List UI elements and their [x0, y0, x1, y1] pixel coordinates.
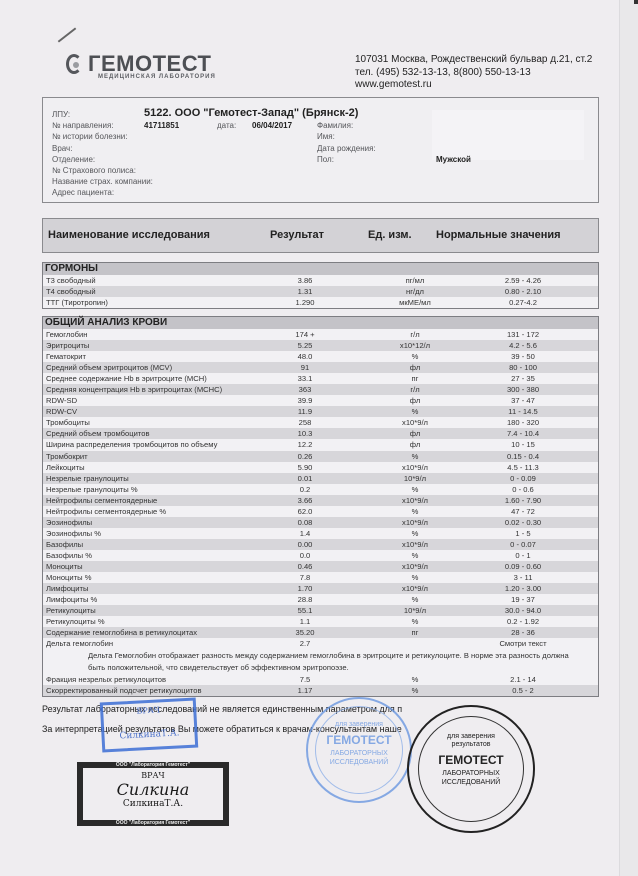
delta-hemoglobin-note: Дельта Гемоглобин отображает разность ме… [43, 649, 598, 674]
lab-seal-blue: для заверения ГЕМОТЕСТ ЛАБОРАТОРНЫХ ИССЛ… [306, 697, 412, 803]
test-unit: 10*9/л [385, 605, 445, 616]
result-row: Средний объем эритроцитов (MCV)91фл80 - … [43, 362, 598, 373]
test-norm: 0 - 0.07 [468, 539, 578, 550]
test-norm: 0 - 1 [468, 550, 578, 561]
test-unit: % [385, 594, 445, 605]
test-result: 0.2 [275, 484, 335, 495]
test-name: ТТГ (Тиротропин) [46, 297, 108, 308]
result-row: Т4 свободный1.31нг/дл0.80 - 2.10 [43, 286, 598, 297]
test-result: 28.8 [275, 594, 335, 605]
test-name: Незрелые гранулоциты [46, 473, 129, 484]
test-result: 39.9 [275, 395, 335, 406]
test-name: Моноциты % [46, 572, 91, 583]
test-norm: 3 - 11 [468, 572, 578, 583]
test-norm: 1.20 - 3.00 [468, 583, 578, 594]
test-result: 363 [275, 384, 335, 395]
test-norm: 131 - 172 [468, 329, 578, 340]
test-unit: мкМЕ/мл [385, 297, 445, 308]
result-row: Гемоглобин174 +г/л131 - 172 [43, 329, 598, 340]
test-result: 10.3 [275, 428, 335, 439]
test-norm: 0 - 0.6 [468, 484, 578, 495]
doctor-signature: Силкина [83, 780, 223, 799]
stamp-bottom-text: ООО "Лаборатория Гемотест" [83, 820, 223, 826]
test-unit: % [385, 506, 445, 517]
test-result: 1.70 [275, 583, 335, 594]
referral-value: 41711851 [144, 121, 179, 130]
test-norm: 11 - 14.5 [468, 406, 578, 417]
test-name: Гематокрит [46, 351, 86, 362]
section-title: ОБЩИЙ АНАЛИЗ КРОВИ [43, 317, 598, 329]
result-row: Лейкоциты5.90x10*9/л4.5 - 11.3 [43, 462, 598, 473]
result-row: Лимфоциты %28.8%19 - 37 [43, 594, 598, 605]
test-norm: 27 - 35 [468, 373, 578, 384]
test-unit: % [385, 616, 445, 627]
stamp-top-text: ООО "Лаборатория Гемотест" [83, 762, 223, 768]
test-name: Эозинофилы % [46, 528, 101, 539]
test-unit: нг/дл [385, 286, 445, 297]
test-norm: 300 - 380 [468, 384, 578, 395]
test-name: Фракция незрелых ретикулоцитов [46, 674, 166, 685]
test-name: Т4 свободный [46, 286, 96, 297]
test-unit: фл [385, 362, 445, 373]
test-name: Тромбоциты [46, 417, 90, 428]
test-result: 33.1 [275, 373, 335, 384]
result-row: Ширина распределения тромбоцитов по объе… [43, 439, 598, 450]
test-name: Эритроциты [46, 340, 89, 351]
test-norm: 2.59 - 4.26 [468, 275, 578, 286]
stamp-title: ВРАЧ [103, 704, 193, 718]
test-name: Лейкоциты [46, 462, 85, 473]
test-norm: 4.5 - 11.3 [468, 462, 578, 473]
test-norm: 0.2 - 1.92 [468, 616, 578, 627]
test-result: 0.0 [275, 550, 335, 561]
test-norm: 180 - 320 [468, 417, 578, 428]
stamp-name: СилкинаТ.А. [104, 728, 194, 743]
test-unit: % [385, 685, 445, 696]
test-name: Эозинофилы [46, 517, 92, 528]
test-name: Базофилы [46, 539, 83, 550]
seal-inner-ring [418, 716, 524, 822]
test-result: 11.9 [275, 406, 335, 417]
column-unit: Ед. изм. [368, 229, 412, 241]
test-unit: % [385, 484, 445, 495]
result-row: Незрелые гранулоциты %0.2%0 - 0.6 [43, 484, 598, 495]
test-unit: пг/мл [385, 275, 445, 286]
test-unit: г/л [385, 329, 445, 340]
test-unit: % [385, 406, 445, 417]
test-unit: 10*9/л [385, 473, 445, 484]
test-unit: г/л [385, 384, 445, 395]
test-norm: 4.2 - 5.6 [468, 340, 578, 351]
test-name: Нейтрофилы сегментоядерные [46, 495, 157, 506]
history-label: № истории болезни: [52, 132, 127, 141]
test-result: 3.86 [275, 275, 335, 286]
test-unit: % [385, 351, 445, 362]
test-name: Моноциты [46, 561, 83, 572]
result-row: Базофилы %0.0%0 - 1 [43, 550, 598, 561]
logo-dot-icon [73, 62, 79, 68]
test-unit: фл [385, 395, 445, 406]
section-blood-count: ОБЩИЙ АНАЛИЗ КРОВИ Гемоглобин174 +г/л131… [42, 316, 599, 697]
test-name: Ретикулоциты [46, 605, 96, 616]
test-norm: 1.60 - 7.90 [468, 495, 578, 506]
test-norm: 47 - 72 [468, 506, 578, 517]
test-name: Незрелые гранулоциты % [46, 484, 138, 495]
test-name: Лимфоциты % [46, 594, 97, 605]
company-logo: ГЕМОТЕСТ МЕДИЦИНСКАЯ ЛАБОРАТОРИЯ [66, 52, 236, 82]
address-label: Адрес пациента: [52, 188, 114, 197]
test-result: 174 + [275, 329, 335, 340]
page-edge [619, 0, 638, 876]
referral-label: № направления: [52, 121, 114, 130]
test-unit: x10*9/л [385, 462, 445, 473]
test-name: Средний объем эритроцитов (MCV) [46, 362, 172, 373]
birthdate-label: Дата рождения: [317, 144, 376, 153]
test-name: Средняя концентрация Hb в эритроцитах (M… [46, 384, 222, 395]
test-name: Ширина распределения тромбоцитов по объе… [46, 439, 217, 450]
test-norm: 2.1 - 14 [468, 674, 578, 685]
test-name: Гемоглобин [46, 329, 87, 340]
test-result: 5.25 [275, 340, 335, 351]
test-norm: 30.0 - 94.0 [468, 605, 578, 616]
lpu-value: 5122. ООО "Гемотест-Запад" (Брянск-2) [144, 107, 358, 119]
test-name: Скорректированный подсчет ретикулоцитов [46, 685, 202, 696]
test-unit: % [385, 451, 445, 462]
phone-line: тел. (495) 532-13-13, 8(800) 550-13-13 [355, 67, 592, 80]
test-result: 62.0 [275, 506, 335, 517]
pen-mark [58, 27, 77, 42]
test-unit: фл [385, 439, 445, 450]
test-result: 1.290 [275, 297, 335, 308]
test-unit: x10*12/л [385, 340, 445, 351]
page-corner [634, 0, 638, 4]
result-row: Нейтрофилы сегментоядерные %62.0%47 - 72 [43, 506, 598, 517]
redacted-patient-data [432, 110, 584, 160]
test-result: 12.2 [275, 439, 335, 450]
test-name: Нейтрофилы сегментоядерные % [46, 506, 166, 517]
test-name: Т3 свободный [46, 275, 96, 286]
result-row: RDW-CV11.9%11 - 14.5 [43, 406, 598, 417]
test-norm: 37 - 47 [468, 395, 578, 406]
test-name: Средний объем тромбоцитов [46, 428, 149, 439]
test-name: Базофилы % [46, 550, 92, 561]
test-name: Среднее содержание Hb в эритроците (MCH) [46, 373, 207, 384]
test-norm: 39 - 50 [468, 351, 578, 362]
logo-subtitle: МЕДИЦИНСКАЯ ЛАБОРАТОРИЯ [98, 74, 216, 80]
test-result: 91 [275, 362, 335, 373]
test-unit: % [385, 674, 445, 685]
date-value: 06/04/2017 [252, 121, 292, 130]
result-row: Тромбокрит0.26%0.15 - 0.4 [43, 451, 598, 462]
test-name: Тромбокрит [46, 451, 88, 462]
test-unit: % [385, 528, 445, 539]
website-line: www.gemotest.ru [355, 79, 592, 92]
column-name: Наименование исследования [48, 229, 210, 241]
name-label: Имя: [317, 132, 335, 141]
result-row: Фракция незрелых ретикулоцитов7.5%2.1 - … [43, 674, 598, 685]
test-result: 3.66 [275, 495, 335, 506]
test-norm: Смотри текст [468, 638, 578, 649]
result-row: Гематокрит48.0%39 - 50 [43, 351, 598, 362]
column-norm: Нормальные значения [436, 229, 561, 241]
column-result: Результат [270, 229, 324, 241]
test-norm: 0.09 - 0.60 [468, 561, 578, 572]
test-unit: пг [385, 373, 445, 384]
test-result: 1.1 [275, 616, 335, 627]
test-unit: % [385, 550, 445, 561]
result-row: ТТГ (Тиротропин)1.290мкМЕ/мл0.27-4.2 [43, 297, 598, 308]
result-row: Содержание гемоглобина в ретикулоцитах35… [43, 627, 598, 638]
test-result: 0.00 [275, 539, 335, 550]
date-label: дата: [217, 121, 236, 130]
test-norm: 1 - 5 [468, 528, 578, 539]
test-result: 1.4 [275, 528, 335, 539]
test-result: 1.17 [275, 685, 335, 696]
test-name: Ретикулоциты % [46, 616, 105, 627]
lab-seal-black: для заверения результатов ГЕМОТЕСТ ЛАБОР… [407, 705, 535, 833]
test-norm: 0.02 - 0.30 [468, 517, 578, 528]
result-row: Нейтрофилы сегментоядерные3.66x10*9/л1.6… [43, 495, 598, 506]
result-row: Средний объем тромбоцитов10.3фл7.4 - 10.… [43, 428, 598, 439]
test-unit: x10*9/л [385, 417, 445, 428]
test-norm: 0.15 - 0.4 [468, 451, 578, 462]
test-result: 2.7 [275, 638, 335, 649]
insurance-label: № Страхового полиса: [52, 166, 136, 175]
result-row: Среднее содержание Hb в эритроците (MCH)… [43, 373, 598, 384]
stamp-title: ВРАЧ [83, 771, 223, 780]
test-name: Содержание гемоглобина в ретикулоцитах [46, 627, 197, 638]
result-row: Средняя концентрация Hb в эритроцитах (M… [43, 384, 598, 395]
result-row: Ретикулоциты55.110*9/л30.0 - 94.0 [43, 605, 598, 616]
result-row: RDW-SD39.9фл37 - 47 [43, 395, 598, 406]
result-row: Эозинофилы0.08x10*9/л0.02 - 0.30 [43, 517, 598, 528]
address-line: 107031 Москва, Рождественский бульвар д.… [355, 54, 592, 67]
test-unit: x10*9/л [385, 539, 445, 550]
result-row: Незрелые гранулоциты0.0110*9/л0 - 0.09 [43, 473, 598, 484]
test-unit: фл [385, 428, 445, 439]
test-unit: x10*9/л [385, 561, 445, 572]
insurer-label: Название страх. компании: [52, 177, 153, 186]
test-unit: пг [385, 627, 445, 638]
result-row: Моноциты0.46x10*9/л0.09 - 0.60 [43, 561, 598, 572]
test-norm: 80 - 100 [468, 362, 578, 373]
test-name: Дельта гемоглобин [46, 638, 113, 649]
test-result: 0.46 [275, 561, 335, 572]
test-norm: 28 - 36 [468, 627, 578, 638]
sex-value: Мужской [436, 155, 471, 164]
test-result: 35.20 [275, 627, 335, 638]
test-unit: % [385, 572, 445, 583]
test-unit: x10*9/л [385, 495, 445, 506]
test-result: 258 [275, 417, 335, 428]
section-hormones: ГОРМОНЫ Т3 свободный3.86пг/мл2.59 - 4.26… [42, 262, 599, 309]
doctor-label: Врач: [52, 144, 72, 153]
department-label: Отделение: [52, 155, 95, 164]
test-name: RDW-CV [46, 406, 77, 417]
result-row: Базофилы0.00x10*9/л0 - 0.07 [43, 539, 598, 550]
test-norm: 0.27-4.2 [468, 297, 578, 308]
test-norm: 10 - 15 [468, 439, 578, 450]
lpu-label: ЛПУ: [52, 110, 70, 119]
result-row: Ретикулоциты %1.1%0.2 - 1.92 [43, 616, 598, 627]
test-norm: 19 - 37 [468, 594, 578, 605]
doctor-stamp-black: ООО "Лаборатория Гемотест" ВРАЧ Силкина … [77, 762, 229, 826]
company-address: 107031 Москва, Рождественский бульвар д.… [355, 54, 592, 92]
doctor-stamp-blue: ВРАЧ СилкинаТ.А. [100, 698, 198, 753]
test-result: 55.1 [275, 605, 335, 616]
test-unit: x10*9/л [385, 583, 445, 594]
test-unit: x10*9/л [385, 517, 445, 528]
test-result: 0.08 [275, 517, 335, 528]
test-norm: 7.4 - 10.4 [468, 428, 578, 439]
section-title: ГОРМОНЫ [43, 263, 598, 275]
result-row: Моноциты %7.8%3 - 11 [43, 572, 598, 583]
sex-label: Пол: [317, 155, 334, 164]
test-result: 0.26 [275, 451, 335, 462]
result-row: Эритроциты5.25x10*12/л4.2 - 5.6 [43, 340, 598, 351]
result-row: Т3 свободный3.86пг/мл2.59 - 4.26 [43, 275, 598, 286]
surname-label: Фамилия: [317, 121, 353, 130]
test-name: RDW-SD [46, 395, 77, 406]
test-name: Лимфоциты [46, 583, 88, 594]
seal-inner-ring [315, 706, 403, 794]
results-column-header: Наименование исследования Результат Ед. … [42, 218, 599, 253]
test-result: 0.01 [275, 473, 335, 484]
test-result: 48.0 [275, 351, 335, 362]
test-norm: 0.5 - 2 [468, 685, 578, 696]
test-result: 1.31 [275, 286, 335, 297]
result-row: Дельта гемоглобин2.7Смотри текст [43, 638, 598, 649]
test-norm: 0.80 - 2.10 [468, 286, 578, 297]
stamp-name: СилкинаТ.А. [83, 799, 223, 809]
result-row: Тромбоциты258x10*9/л180 - 320 [43, 417, 598, 428]
result-row: Скорректированный подсчет ретикулоцитов1… [43, 685, 598, 696]
test-result: 7.8 [275, 572, 335, 583]
test-norm: 0 - 0.09 [468, 473, 578, 484]
test-result: 7.5 [275, 674, 335, 685]
result-row: Лимфоциты1.70x10*9/л1.20 - 3.00 [43, 583, 598, 594]
test-result: 5.90 [275, 462, 335, 473]
result-row: Эозинофилы %1.4%1 - 5 [43, 528, 598, 539]
